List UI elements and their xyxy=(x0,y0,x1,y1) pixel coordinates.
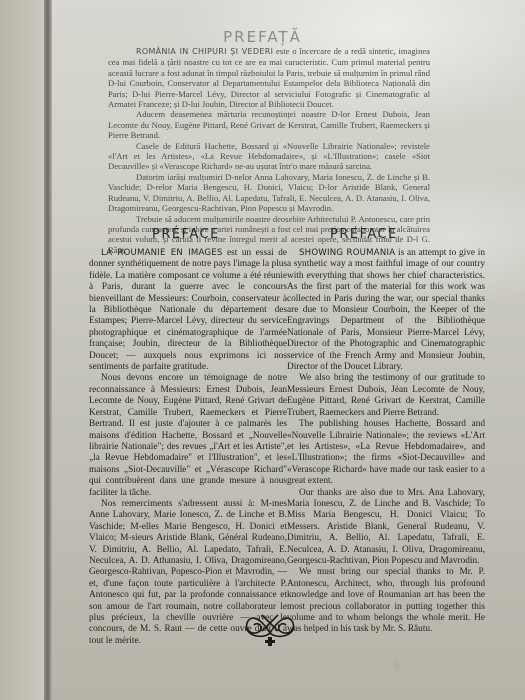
romanian-preface: ROMÂNIA IN CHIPURI ȘI VEDERI este o înce… xyxy=(108,46,430,255)
french-lead: LA ROUMANIE EN IMAGES xyxy=(101,248,223,258)
english-lead: SHOWING ROUMANIA xyxy=(299,248,395,258)
page-stain xyxy=(393,660,401,670)
french-paragraph: Nous devons encore un témoignage de notr… xyxy=(89,373,287,498)
romanian-lead: ROMÂNIA IN CHIPURI ȘI VEDERI xyxy=(136,47,273,56)
english-title: PREFACE xyxy=(330,227,398,242)
romanian-paragraph: Aducem deasemenea mărturia recunoștinței… xyxy=(108,109,430,140)
english-paragraph: Our thanks are also due to Mrs. Ana Laho… xyxy=(287,488,485,568)
english-paragraph: We also bring the testimony of our grati… xyxy=(287,373,485,419)
left-page-edge xyxy=(0,0,50,700)
english-paragraph: We must bring our special thanks to Mr. … xyxy=(287,567,485,635)
romanian-paragraph: ROMÂNIA IN CHIPURI ȘI VEDERI este o înce… xyxy=(108,46,430,109)
english-paragraph: SHOWING ROUMANIA is an attempt to give i… xyxy=(287,248,485,373)
romanian-paragraph: Casele de Editură Hachette, Bossard și «… xyxy=(108,141,430,172)
french-preface-column: LA ROUMANIE EN IMAGES est un essai de do… xyxy=(89,248,287,647)
english-paragraph: The publishing houses Hachette, Bossard … xyxy=(287,419,485,487)
book-gutter xyxy=(44,0,52,700)
french-title: PRÉFACE xyxy=(152,227,220,242)
french-paragraph: LA ROUMANIE EN IMAGES est un essai de do… xyxy=(89,248,287,373)
decorative-flourish-icon xyxy=(242,607,298,647)
romanian-paragraph: Datorim iarăși mulțumiri D-nelor Anna La… xyxy=(108,172,430,214)
romanian-title: PREFAȚĂ xyxy=(0,28,525,46)
english-preface-column: SHOWING ROUMANIA is an attempt to give i… xyxy=(287,248,485,636)
